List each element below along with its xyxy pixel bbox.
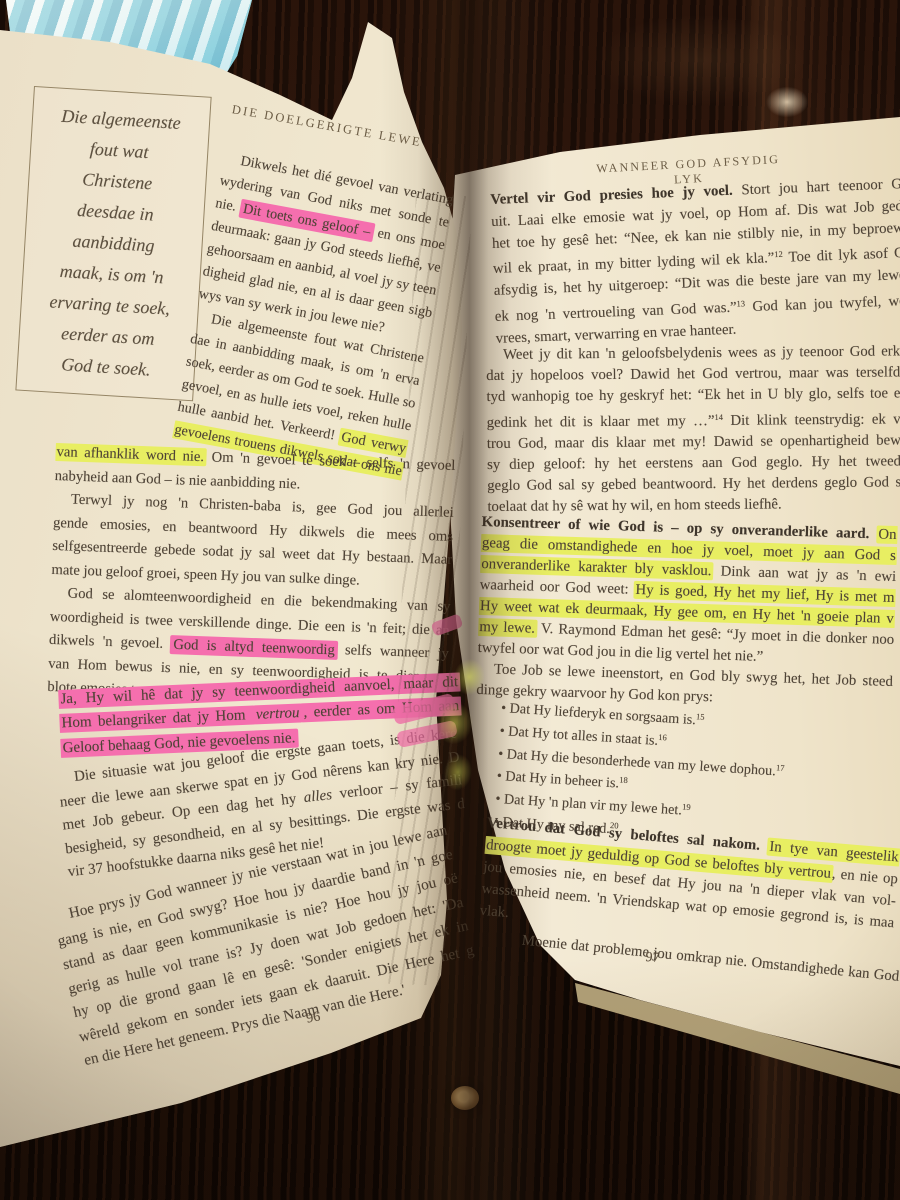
text-segment: 16 [658,732,667,743]
text-segment: deesdae in [77,200,155,225]
text-segment: Toe dit lyk asof G [783,246,900,267]
right-paragraph-1: Vertel vir God presies hoe jy voel. Stor… [490,174,900,350]
text-segment: fout wat [89,139,149,163]
page-number-right: 97 [645,950,660,967]
text-segment: 17 [776,762,785,773]
text-segment: God te soek. [61,354,152,379]
text-segment: sy diep geloof: hy het eerstens aan God … [487,453,900,473]
text-line: tyd wanhopig toe hy geskryf het: “Ek het… [486,384,900,409]
text-segment: , en nie op [831,866,898,887]
text-segment: geglo God sal sy gebed beantwoord. Hy he… [487,475,900,495]
text-segment: waarheid oor God weet: [479,577,634,598]
text-segment: Dink aan wat jy as 'n ewi [712,563,896,585]
text-segment: maak, is om 'n [59,261,164,287]
text-segment: 13 [736,298,745,308]
text-segment: Weet jy dit kan 'n geloofsbelydenis wees… [486,343,900,363]
text-segment: trou God, maar dis klaar met my! Dawid s… [487,432,900,452]
text-segment: gedink het dit is klaar met my …” [487,413,715,431]
text-segment: vlak. [479,903,509,921]
text-segment: Christene [82,169,153,193]
text-segment: dikwels 'n gevoel. [49,632,172,652]
text-segment: 18 [619,775,628,786]
text-segment: alles [303,787,333,806]
text-segment: aanbidding [72,231,155,256]
text-segment: Stort jou hart teenoor G [732,176,900,198]
text-segment: 19 [682,802,691,813]
text-segment: Dit klink teenstrydig: ek v [723,411,900,429]
text-segment: ervaring te soek, [49,291,170,318]
text-line: gedink het dit is klaar met my …”14 Dit … [487,405,900,434]
text-line: geglo God sal sy gebed beantwoord. Hy he… [487,473,900,498]
text-segment: tyd wanhopig toe hy geskryf het: “Ek het… [486,386,900,406]
text-segment: 15 [696,711,705,722]
highlighted-text: God is altyd teenwoordig [170,635,338,660]
book-photo: DIE DOELGERIGTE LEWE Die algemeenstefout… [0,0,900,1200]
text-segment: dat jy hopeloos voel? Dawid het God vert… [486,365,900,385]
highlighted-text: van afhanklik word nie. [55,443,206,466]
right-paragraph-2: Weet jy dit kan 'n geloofsbelydenis wees… [486,341,900,518]
pull-quote-box: Die algemeenstefout watChristenedeesdae … [15,86,211,401]
text-segment: God kan jou twyfel, wo [745,293,900,315]
right-paragraph-3: Konsentreer of wie God is – op sy onvera… [476,512,898,714]
highlighted-text: vertrou [252,703,302,724]
page-number-left: 96 [305,1009,322,1027]
wood-knot [451,1086,479,1110]
highlighted-text: my lewe. [478,618,537,638]
text-segment: eerder as om [61,323,155,349]
text-segment: Die algemeenste [61,106,181,133]
highlighted-text: On [876,525,898,544]
